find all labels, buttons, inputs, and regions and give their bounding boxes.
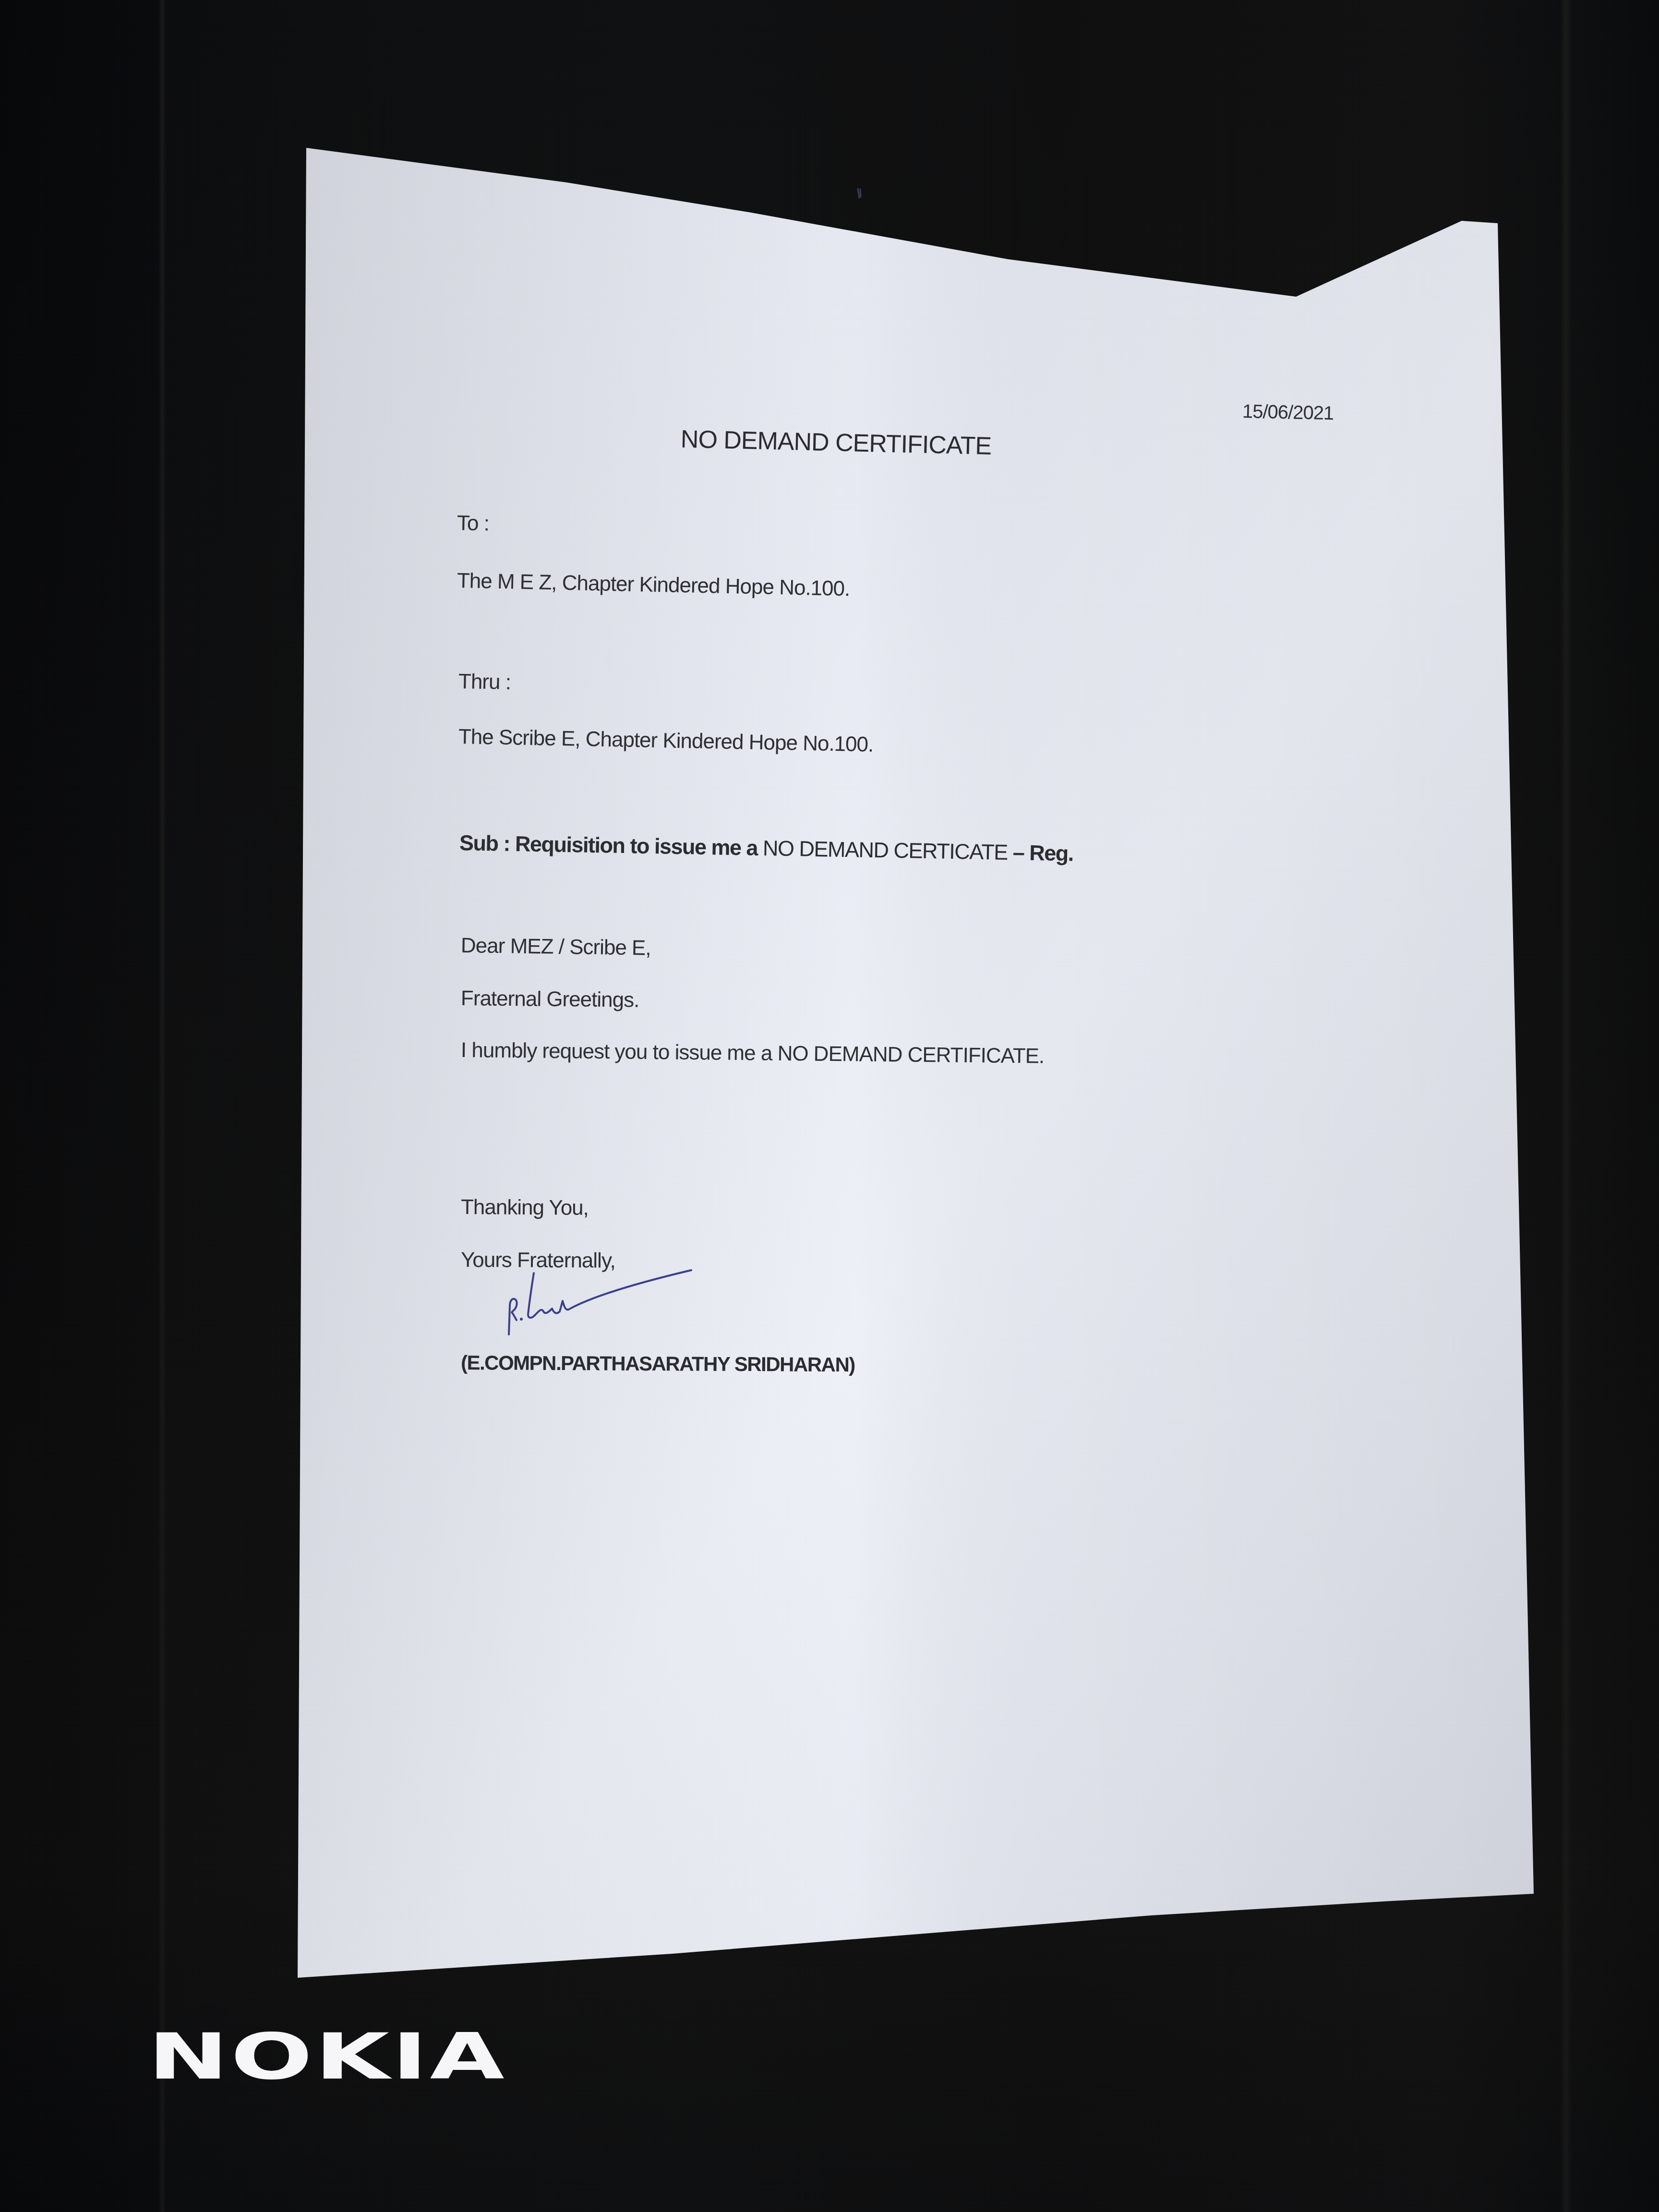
salutation: Dear MEZ / Scribe E, <box>461 934 651 961</box>
nokia-watermark: NOKIA <box>148 2025 506 2089</box>
greeting: Fraternal Greetings. <box>461 986 639 1012</box>
subject-suffix: – Reg. <box>1007 840 1073 866</box>
handwritten-signature <box>499 1267 701 1339</box>
paper-sheet <box>0 0 1659 2212</box>
closing-thanks: Thanking You, <box>461 1195 589 1220</box>
subject-prefix: Sub : Requisition to issue me a <box>459 830 763 860</box>
signatory-name: (E.COMPN.PARTHASARATHY SRIDHARAN) <box>461 1351 855 1376</box>
subject-emphasis: NO DEMAND CERTICATE <box>763 836 1008 865</box>
to-label: To : <box>457 511 490 536</box>
staple-mark <box>856 188 862 199</box>
thru-label: Thru : <box>458 670 511 695</box>
letter-date: 15/06/2021 <box>1242 401 1334 424</box>
